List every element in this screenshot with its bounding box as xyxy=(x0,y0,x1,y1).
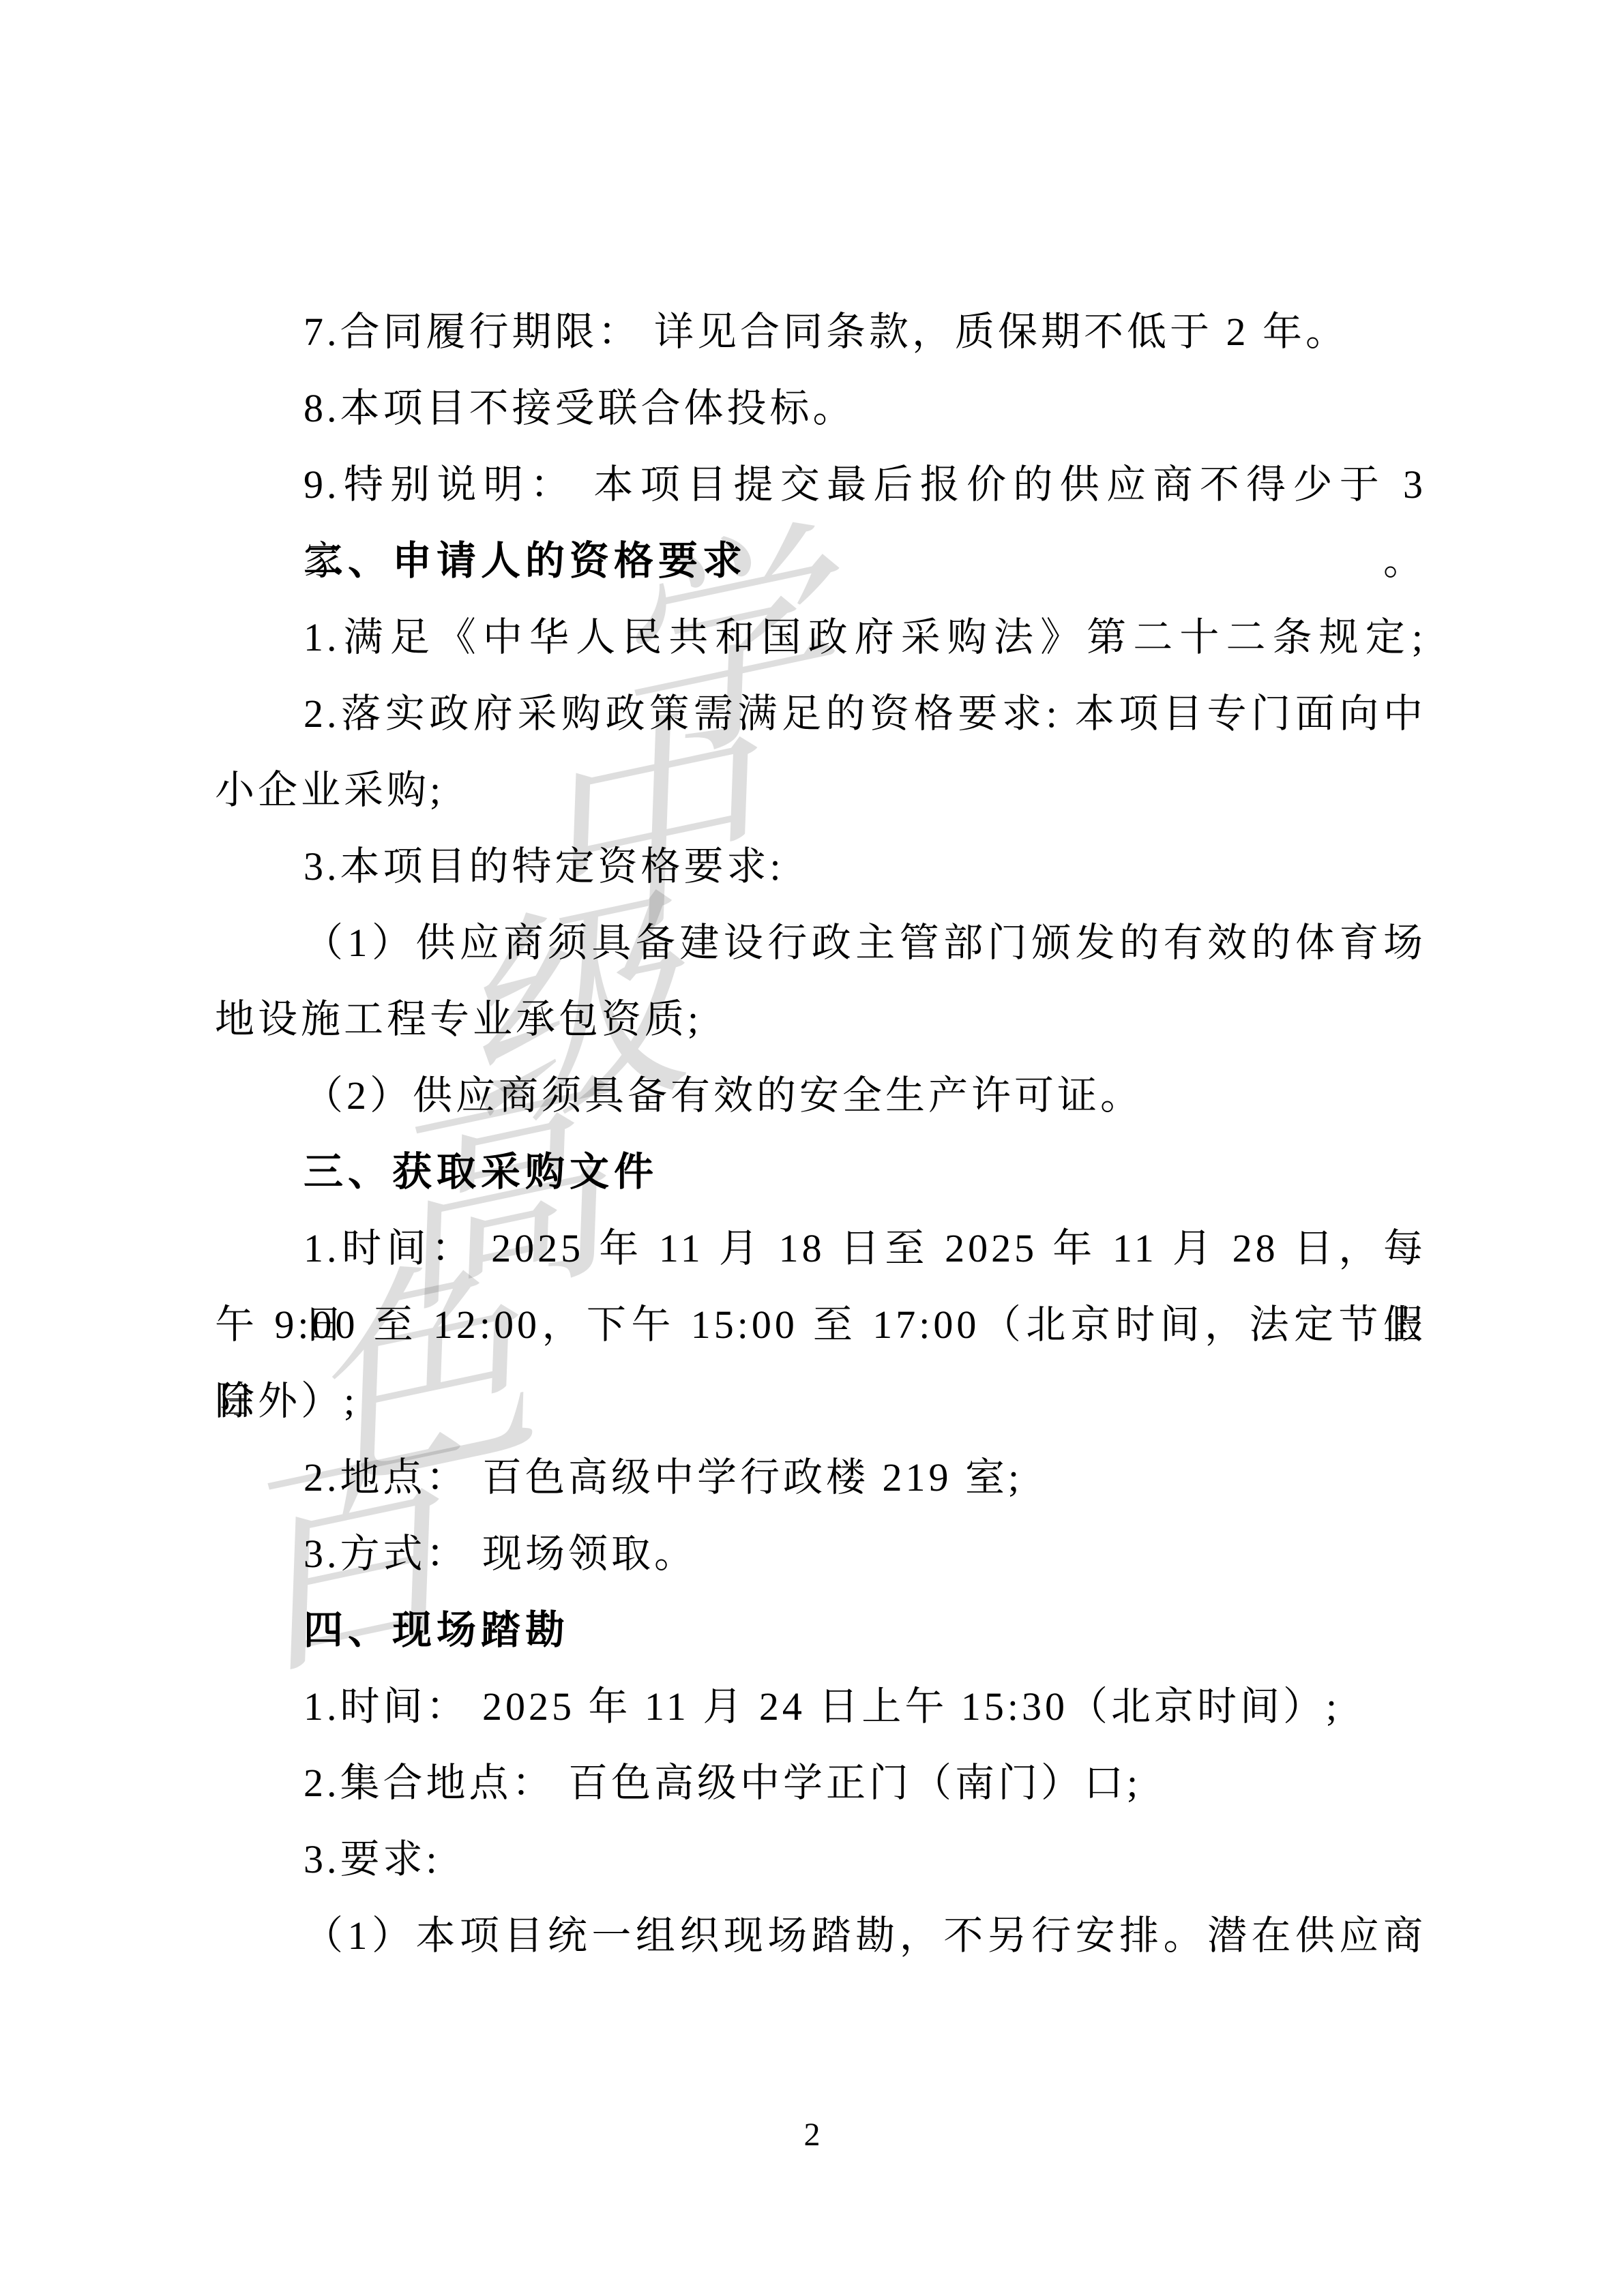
page-number: 2 xyxy=(0,2116,1624,2154)
text-line: 地设施工程专业承包资质; xyxy=(215,981,1426,1058)
text-line: 2.集合地点： 百色高级中学正门（南门）口; xyxy=(215,1745,1426,1821)
text-line: 三、获取采购文件 xyxy=(215,1134,1426,1210)
text-line: 1.满足《中华人民共和国政府采购法》第二十二条规定; xyxy=(215,599,1426,676)
document-page: 百色高级中学 7.合同履行期限： 详见合同条款，质保期不低于 2 年。8.本项目… xyxy=(0,0,1624,2296)
text-line: 2.落实政府采购政策需满足的资格要求: 本项目专门面向中 xyxy=(215,676,1426,752)
text-line: 3.要求: xyxy=(215,1821,1426,1898)
text-line: 1.时间： 2025 年 11 月 24 日上午 15:30（北京时间）; xyxy=(215,1669,1426,1745)
text-line: 3.方式： 现场领取。 xyxy=(215,1516,1426,1592)
text-line: 3.本项目的特定资格要求: xyxy=(215,829,1426,905)
text-line: 小企业采购; xyxy=(215,752,1426,829)
text-line: 9.特别说明： 本项目提交最后报价的供应商不得少于 3 家。 xyxy=(215,447,1426,523)
text-line: 8.本项目不接受联合体投标。 xyxy=(215,370,1426,447)
document-content: 7.合同履行期限： 详见合同条款，质保期不低于 2 年。8.本项目不接受联合体投… xyxy=(215,294,1426,1974)
text-line: 四、现场踏勘 xyxy=(215,1592,1426,1669)
text-line: （1）供应商须具备建设行政主管部门颁发的有效的体育场 xyxy=(215,905,1426,981)
text-line: 午 9:00 至 12:00，下午 15:00 至 17:00（北京时间，法定节… xyxy=(215,1287,1426,1363)
text-line: （1）本项目统一组织现场踏勘，不另行安排。潜在供应商 xyxy=(215,1898,1426,1974)
text-line: 7.合同履行期限： 详见合同条款，质保期不低于 2 年。 xyxy=(215,294,1426,370)
text-line: 2.地点： 百色高级中学行政楼 219 室; xyxy=(215,1440,1426,1516)
text-line: 1.时间： 2025 年 11 月 18 日至 2025 年 11 月 28 日… xyxy=(215,1210,1426,1287)
text-line: （2）供应商须具备有效的安全生产许可证。 xyxy=(215,1058,1426,1134)
text-line: 除外）; xyxy=(215,1363,1426,1440)
